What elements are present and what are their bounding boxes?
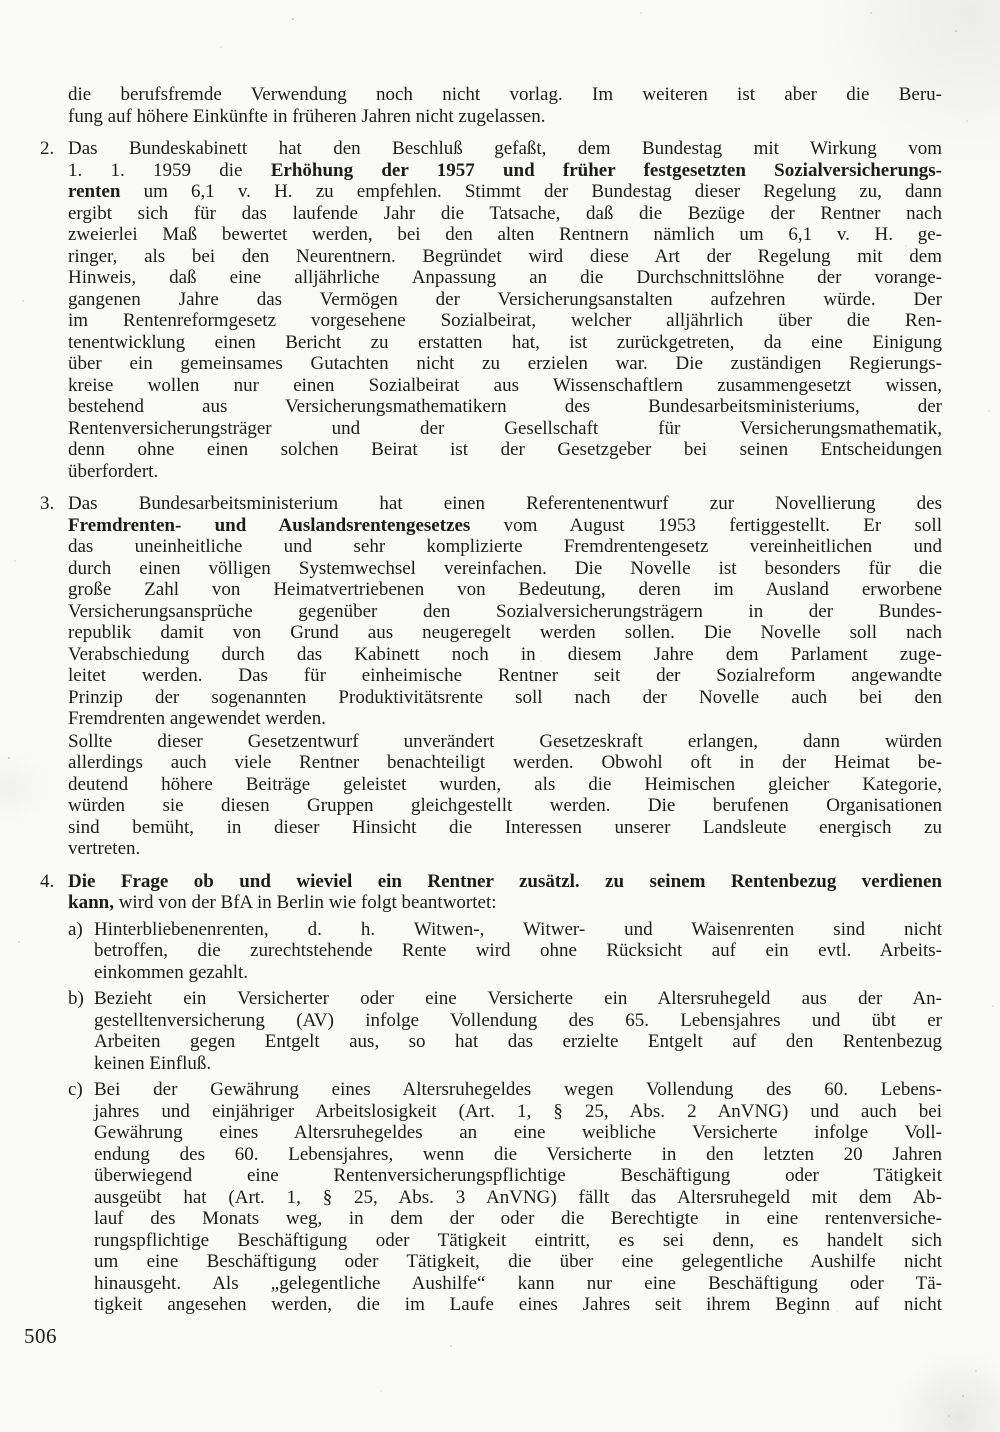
body-text: Hinweis, daß eine alljährliche Anpassung… bbox=[68, 267, 942, 288]
paragraph: 2.Das Bundeskabinett hat den Beschluß ge… bbox=[40, 138, 942, 482]
body-text: Gewährung eines Altersruhegeldes an eine… bbox=[94, 1122, 942, 1143]
text-line: die berufsfremde Verwendung noch nicht v… bbox=[68, 84, 942, 106]
body-text: gangenen Jahre das Vermögen der Versiche… bbox=[68, 289, 942, 310]
text-line: 1. 1. 1959 die Erhöhung der 1957 und frü… bbox=[68, 160, 942, 182]
body-text: würden sie diesen Gruppen gleichgestellt… bbox=[68, 795, 942, 816]
body-text: einkommen gezahlt. bbox=[94, 962, 248, 983]
text-line: denn ohne einen solchen Beirat ist der G… bbox=[68, 439, 942, 461]
text-line: Sollte dieser Gesetzentwurf unverändert … bbox=[68, 731, 942, 753]
text-line: Rentenversicherungsträger und der Gesell… bbox=[68, 418, 942, 440]
text-line: überwiegend eine Rentenversicherungspfli… bbox=[94, 1165, 942, 1187]
text-line: zweierlei Maß bewertet werden, bei den a… bbox=[68, 224, 942, 246]
text-line: kann, wird von der BfA in Berlin wie fol… bbox=[68, 892, 942, 914]
body-text: Versicherungsansprüche gegenüber den Soz… bbox=[68, 601, 942, 622]
body-text: Arbeiten gegen Entgelt aus, so hat das e… bbox=[94, 1031, 942, 1052]
bold-text: Die Frage ob und wieviel ein Rentner zus… bbox=[68, 871, 942, 892]
text-line: um eine Beschäftigung oder Tätigkeit, di… bbox=[94, 1251, 942, 1273]
item-marker: 2. bbox=[40, 138, 54, 160]
text-line: bestehend aus Versicherungsmathematikern… bbox=[68, 396, 942, 418]
body-text: keinen Einfluß. bbox=[94, 1053, 211, 1074]
body-text: Bezieht ein Versicherter oder eine Versi… bbox=[94, 988, 942, 1009]
text-line: hinausgeht. Als „gelegentliche Aushilfe“… bbox=[94, 1273, 942, 1295]
paragraph: c)Bei der Gewährung eines Altersruhegeld… bbox=[68, 1079, 942, 1316]
paragraph: Sollte dieser Gesetzentwurf unverändert … bbox=[68, 731, 942, 860]
body-text: leitet werden. Das für einheimische Rent… bbox=[68, 665, 942, 686]
text-line: Bezieht ein Versicherter oder eine Versi… bbox=[94, 988, 942, 1010]
body-text: rungspflichtige Beschäftigung oder Tätig… bbox=[94, 1230, 942, 1251]
text-line: ausgeübt hat (Art. 1, § 25, Abs. 3 AnVNG… bbox=[94, 1187, 942, 1209]
text-line: Arbeiten gegen Entgelt aus, so hat das e… bbox=[94, 1031, 942, 1053]
body-text: das uneinheitliche und sehr komplizierte… bbox=[68, 536, 942, 557]
text-line: Bei der Gewährung eines Altersruhegeldes… bbox=[94, 1079, 942, 1101]
body-text: Rentenversicherungsträger und der Gesell… bbox=[68, 418, 942, 439]
body-text: über ein gemeinsames Gutachten nicht zu … bbox=[68, 353, 942, 374]
text-line: sind bemüht, in dieser Hinsicht die Inte… bbox=[68, 817, 942, 839]
body-text: betroffen, die zurechtstehende Rente wir… bbox=[94, 940, 942, 961]
body-text: tenentwicklung einen Bericht zu erstatte… bbox=[68, 332, 942, 353]
body-text: überfordert. bbox=[68, 461, 158, 482]
text-line: gestelltenversicherung (AV) infolge Voll… bbox=[94, 1010, 942, 1032]
body-text: Hinterbliebenenrenten, d. h. Witwen-, Wi… bbox=[94, 919, 942, 940]
text-line: deutend höhere Beiträge geleistet wurden… bbox=[68, 774, 942, 796]
body-text: Prinzip der sogenannten Produktivitätsre… bbox=[68, 687, 942, 708]
bold-text: Erhöhung der 1957 und früher festgesetzt… bbox=[271, 160, 942, 181]
paragraph: 3.Das Bundesarbeitsministerium hat einen… bbox=[40, 493, 942, 730]
body-text: deutend höhere Beiträge geleistet wurden… bbox=[68, 774, 942, 795]
paragraph: 4.Die Frage ob und wieviel ein Rentner z… bbox=[40, 871, 942, 914]
text-line: keinen Einfluß. bbox=[94, 1053, 942, 1075]
paragraph: a)Hinterbliebenenrenten, d. h. Witwen-, … bbox=[68, 919, 942, 984]
text-line: ringer, als bei den Neurentnern. Begründ… bbox=[68, 246, 942, 268]
body-text: Das Bundesarbeitsministerium hat einen R… bbox=[68, 493, 942, 514]
text-line: tenentwicklung einen Bericht zu erstatte… bbox=[68, 332, 942, 354]
text-line: ergibt sich für das laufende Jahr die Ta… bbox=[68, 203, 942, 225]
text-line: Verabschiedung durch das Kabinett noch i… bbox=[68, 644, 942, 666]
body-text: endung des 60. Lebensjahres, wenn die Ve… bbox=[94, 1144, 942, 1165]
body-text: um eine Beschäftigung oder Tätigkeit, di… bbox=[94, 1251, 942, 1272]
text-line: kreise wollen nur einen Sozialbeirat aus… bbox=[68, 375, 942, 397]
paragraph: b)Bezieht ein Versicherter oder eine Ver… bbox=[68, 988, 942, 1074]
body-text: lauf des Monats weg, in dem der oder die… bbox=[94, 1208, 942, 1229]
body-text: wird von der BfA in Berlin wie folgt bea… bbox=[114, 892, 497, 913]
item-marker: 3. bbox=[40, 493, 54, 515]
body-text: 1. 1. 1959 die bbox=[68, 160, 271, 181]
body-text: jahres und einjähriger Arbeitslosigkeit … bbox=[94, 1101, 942, 1122]
text-line: betroffen, die zurechtstehende Rente wir… bbox=[94, 940, 942, 962]
text-line: Versicherungsansprüche gegenüber den Soz… bbox=[68, 601, 942, 623]
body-text: denn ohne einen solchen Beirat ist der G… bbox=[68, 439, 942, 460]
text-line: einkommen gezahlt. bbox=[94, 962, 942, 984]
body-text: tigkeit angesehen werden, die im Laufe e… bbox=[94, 1294, 942, 1315]
text-line: im Rentenreformgesetz vorgesehene Sozial… bbox=[68, 310, 942, 332]
bold-text: kann, bbox=[68, 892, 114, 913]
text-line: jahres und einjähriger Arbeitslosigkeit … bbox=[94, 1101, 942, 1123]
text-line: Gewährung eines Altersruhegeldes an eine… bbox=[94, 1122, 942, 1144]
text-line: republik damit von Grund aus neugeregelt… bbox=[68, 622, 942, 644]
body-text: ausgeübt hat (Art. 1, § 25, Abs. 3 AnVNG… bbox=[94, 1187, 942, 1208]
body-text: fung auf höhere Einkünfte in früheren Ja… bbox=[68, 106, 545, 127]
body-text: große Zahl von Heimatvertriebenen von Be… bbox=[68, 579, 942, 600]
text-line: Die Frage ob und wieviel ein Rentner zus… bbox=[68, 871, 942, 893]
body-text: Das Bundeskabinett hat den Beschluß gefa… bbox=[68, 138, 942, 159]
body-text: ergibt sich für das laufende Jahr die Ta… bbox=[68, 203, 942, 224]
body-text: gestelltenversicherung (AV) infolge Voll… bbox=[94, 1010, 942, 1031]
paragraph: die berufsfremde Verwendung noch nicht v… bbox=[68, 84, 942, 127]
text-line: renten um 6,1 v. H. zu empfehlen. Stimmt… bbox=[68, 181, 942, 203]
body-text: die berufsfremde Verwendung noch nicht v… bbox=[68, 84, 942, 105]
text-line: durch einen völligen Systemwechsel verei… bbox=[68, 558, 942, 580]
item-marker: c) bbox=[68, 1079, 83, 1101]
text-line: Das Bundesarbeitsministerium hat einen R… bbox=[68, 493, 942, 515]
body-text: überwiegend eine Rentenversicherungspfli… bbox=[94, 1165, 942, 1186]
text-line: gangenen Jahre das Vermögen der Versiche… bbox=[68, 289, 942, 311]
body-text: vom August 1953 fertiggestellt. Er soll bbox=[470, 515, 942, 536]
text-line: Hinweis, daß eine alljährliche Anpassung… bbox=[68, 267, 942, 289]
body-text: ringer, als bei den Neurentnern. Begründ… bbox=[68, 246, 942, 267]
body-text: allerdings auch viele Rentner benachteil… bbox=[68, 752, 942, 773]
item-marker: 4. bbox=[40, 871, 54, 893]
text-line: das uneinheitliche und sehr komplizierte… bbox=[68, 536, 942, 558]
body-text: Sollte dieser Gesetzentwurf unverändert … bbox=[68, 731, 942, 752]
text-line: allerdings auch viele Rentner benachteil… bbox=[68, 752, 942, 774]
bold-text: renten bbox=[68, 181, 120, 202]
text-line: über ein gemeinsames Gutachten nicht zu … bbox=[68, 353, 942, 375]
document-page: die berufsfremde Verwendung noch nicht v… bbox=[0, 0, 1000, 1432]
body-text: zweierlei Maß bewertet werden, bei den a… bbox=[68, 224, 942, 245]
body-text: sind bemüht, in dieser Hinsicht die Inte… bbox=[68, 817, 942, 838]
text-line: große Zahl von Heimatvertriebenen von Be… bbox=[68, 579, 942, 601]
body-text: kreise wollen nur einen Sozialbeirat aus… bbox=[68, 375, 942, 396]
text-line: Fremdrenten angewendet werden. bbox=[68, 708, 942, 730]
text-line: überfordert. bbox=[68, 461, 942, 483]
item-marker: b) bbox=[68, 988, 84, 1010]
item-marker: a) bbox=[68, 919, 83, 941]
bold-text: Fremdrenten- und Auslandsrentengesetzes bbox=[68, 515, 470, 536]
body-text: Bei der Gewährung eines Altersruhegeldes… bbox=[94, 1079, 942, 1100]
text-line: rungspflichtige Beschäftigung oder Tätig… bbox=[94, 1230, 942, 1252]
text-line: Prinzip der sogenannten Produktivitätsre… bbox=[68, 687, 942, 709]
body-text: bestehend aus Versicherungsmathematikern… bbox=[68, 396, 942, 417]
text-block: die berufsfremde Verwendung noch nicht v… bbox=[40, 84, 942, 1316]
body-text: durch einen völligen Systemwechsel verei… bbox=[68, 558, 942, 579]
body-text: im Rentenreformgesetz vorgesehene Sozial… bbox=[68, 310, 942, 331]
body-text: vertreten. bbox=[68, 838, 140, 859]
text-line: Das Bundeskabinett hat den Beschluß gefa… bbox=[68, 138, 942, 160]
text-line: würden sie diesen Gruppen gleichgestellt… bbox=[68, 795, 942, 817]
page-number: 506 bbox=[24, 1324, 57, 1349]
body-text: Fremdrenten angewendet werden. bbox=[68, 708, 326, 729]
text-line: vertreten. bbox=[68, 838, 942, 860]
text-line: Fremdrenten- und Auslandsrentengesetzes … bbox=[68, 515, 942, 537]
scan-specks bbox=[0, 0, 2, 2]
body-text: Verabschiedung durch das Kabinett noch i… bbox=[68, 644, 942, 665]
body-text: um 6,1 v. H. zu empfehlen. Stimmt der Bu… bbox=[120, 181, 942, 202]
text-line: leitet werden. Das für einheimische Rent… bbox=[68, 665, 942, 687]
text-line: tigkeit angesehen werden, die im Laufe e… bbox=[94, 1294, 942, 1316]
text-line: endung des 60. Lebensjahres, wenn die Ve… bbox=[94, 1144, 942, 1166]
text-line: Hinterbliebenenrenten, d. h. Witwen-, Wi… bbox=[94, 919, 942, 941]
body-text: hinausgeht. Als „gelegentliche Aushilfe“… bbox=[94, 1273, 942, 1294]
text-line: lauf des Monats weg, in dem der oder die… bbox=[94, 1208, 942, 1230]
text-line: fung auf höhere Einkünfte in früheren Ja… bbox=[68, 106, 942, 128]
body-text: republik damit von Grund aus neugeregelt… bbox=[68, 622, 942, 643]
